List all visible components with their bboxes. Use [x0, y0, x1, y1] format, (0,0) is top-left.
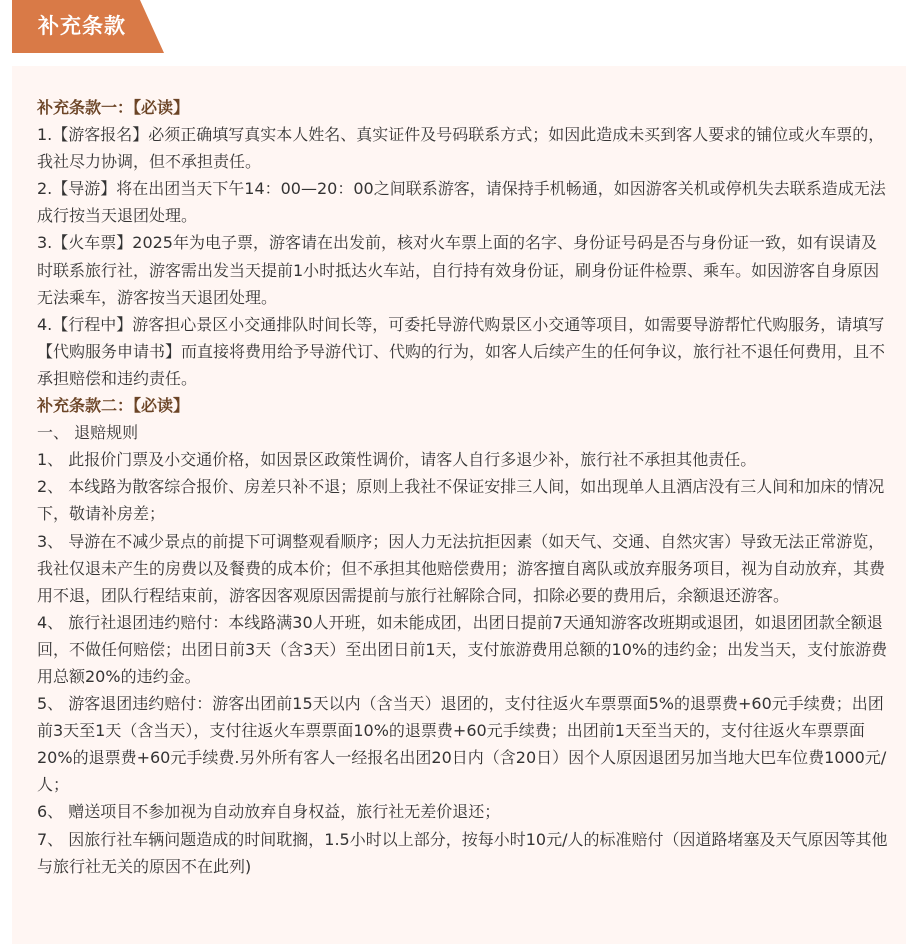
section2-item-3: 3、 导游在不减少景点的前提下可调整观看顺序；因人力无法抗拒因素（如天气、交通、… — [37, 528, 889, 609]
section1-item-1: 1.【游客报名】必须正确填写真实本人姓名、真实证件及号码联系方式；如因此造成未买… — [37, 121, 889, 175]
section-title: 补充条款 — [38, 11, 126, 41]
section2-item-5: 5、 游客退团违约赔付：游客出团前15天以内（含当天）退团的，支付往返火车票票面… — [37, 690, 889, 798]
terms-content: 补充条款一：【必读】 1.【游客报名】必须正确填写真实本人姓名、真实证件及号码联… — [37, 94, 889, 880]
section2-item-7: 7、 因旅行社车辆问题造成的时间耽搁，1.5小时以上部分，按每小时10元/人的标… — [37, 826, 889, 880]
section1-item-3: 3.【火车票】2025年为电子票，游客请在出发前，核对火车票上面的名字、身份证号… — [37, 229, 889, 310]
section1-item-4: 4.【行程中】游客担心景区小交通排队时间长等，可委托导游代购景区小交通等项目，如… — [37, 311, 889, 392]
section2-item-1: 1、 此报价门票及小交通价格，如因景区政策性调价，请客人自行多退少补，旅行社不承… — [37, 446, 889, 473]
section2-item-6: 6、 赠送项目不参加视为自动放弃自身权益，旅行社无差价退还； — [37, 798, 889, 825]
section2-subheading: 一、 退赔规则 — [37, 419, 889, 446]
section2-item-4: 4、 旅行社退团违约赔付：本线路满30人开班，如未能成团，出团日提前7天通知游客… — [37, 609, 889, 690]
section2-item-2: 2、 本线路为散客综合报价、房差只补不退；原则上我社不保证安排三人间，如出现单人… — [37, 473, 889, 527]
section1-item-2: 2.【导游】将在出团当天下午14：00—20：00之间联系游客，请保持手机畅通，… — [37, 175, 889, 229]
section1-heading: 补充条款一：【必读】 — [37, 94, 889, 121]
section2-heading: 补充条款二：【必读】 — [37, 392, 889, 419]
